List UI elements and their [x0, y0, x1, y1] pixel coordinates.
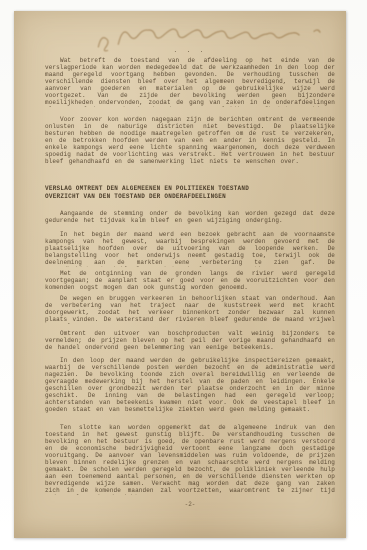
paragraph: De wegen en bruggen verkeeren in behoorl…	[45, 295, 335, 324]
paragraph: Voor zoover kon worden nagegaan zijn de …	[45, 116, 335, 166]
section-heading-line2: OVERZICHT VAN DEN TOESTAND DER ONDERAFDE…	[45, 193, 335, 201]
paragraph: In het begin der maand werd een bezoek g…	[45, 231, 335, 267]
document-page: . . . Wat betreft de toestand van de afd…	[14, 11, 346, 538]
scanned-document-screenshot: { "_note": "Source is a low-resolution s…	[0, 0, 367, 550]
section-divider-dots: . . .	[45, 47, 335, 54]
section-heading: VERSLAG OMTRENT DEN ALGEMEENEN EN POLITI…	[45, 185, 335, 200]
section-heading-line1: VERSLAG OMTRENT DEN ALGEMEENEN EN POLITI…	[45, 185, 335, 193]
paragraph: Wat betreft de toestand van de afdeeling…	[45, 57, 335, 107]
paragraph: Ten slotte kan worden opgemerkt dat de a…	[45, 424, 335, 495]
paragraph: In den loop der maand werden de gebruike…	[45, 357, 335, 414]
page-end-mark: -2-	[45, 501, 335, 508]
paragraph: Omtrent den uitvoer van boschproducten v…	[45, 330, 335, 352]
paragraph: Aangaande de stemming onder de bevolking…	[45, 210, 335, 225]
paragraph: Met de ontginning van de gronden langs d…	[45, 270, 335, 292]
